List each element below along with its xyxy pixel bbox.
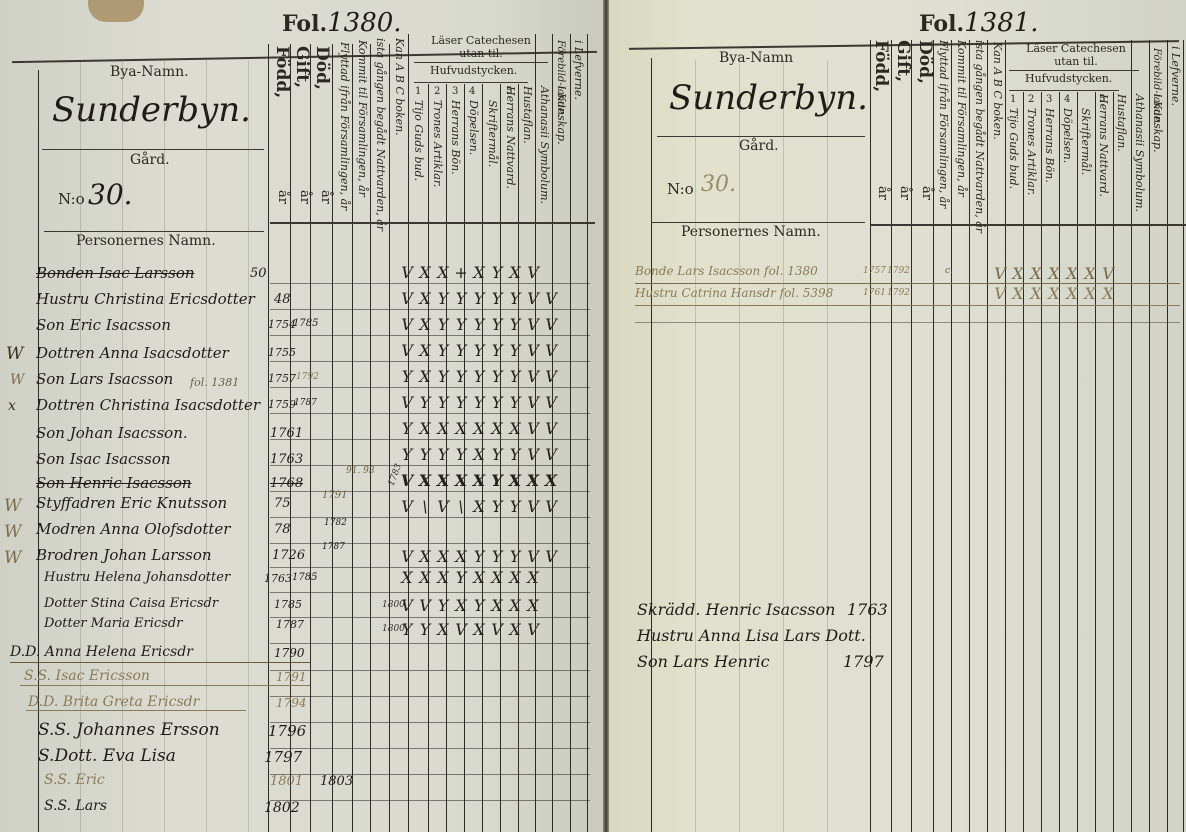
mark: Y — [416, 620, 434, 639]
death-year: 1803 — [320, 774, 353, 789]
strike-line — [10, 662, 310, 663]
mark: X — [470, 497, 488, 516]
faint-rule — [248, 60, 249, 832]
mark: V — [398, 471, 416, 490]
grid-line — [1095, 92, 1096, 832]
mark: Y — [488, 315, 506, 334]
catechism-marks-row: VXXXYYYVV — [398, 547, 560, 566]
person-name: D.D. Brita Greta Ericsdr — [28, 694, 199, 710]
mark: V — [524, 341, 542, 360]
mark: Y — [452, 289, 470, 308]
mark: V — [542, 419, 560, 438]
annotation: 91. 93 — [346, 466, 375, 476]
part-number: 3 — [1046, 94, 1052, 105]
grid-row-line — [270, 800, 590, 801]
year-unit: år — [897, 186, 912, 200]
catechism-header: Läser Catechesen utan til. — [1017, 42, 1135, 68]
col-part-2: Trones Artiklar. — [1025, 108, 1038, 195]
mark: X — [506, 620, 524, 639]
mark: Y — [470, 289, 488, 308]
mark: V — [398, 315, 416, 334]
part-number: 4 — [469, 86, 475, 97]
grid-line — [933, 40, 934, 832]
mark: X — [1009, 264, 1027, 283]
mark: X — [470, 263, 488, 282]
mark: V — [398, 547, 416, 566]
persons-label: Personernes Namn. — [76, 233, 216, 249]
mark: Y — [488, 497, 506, 516]
strike-line — [20, 685, 310, 686]
faint-rule — [695, 60, 696, 832]
part-number: 1 — [1010, 94, 1016, 105]
birth-year: 1763 — [264, 572, 292, 585]
person-name: Son Lars Henric — [637, 652, 770, 671]
col-abc-book: Kan A B C boken. — [393, 38, 406, 136]
mark: X — [434, 547, 452, 566]
mark: V — [398, 393, 416, 412]
mark: V — [542, 289, 560, 308]
names-right-border — [870, 40, 871, 832]
margin-mark: x — [8, 398, 16, 414]
person-name: Brodren Johan Larsson — [36, 546, 212, 564]
grid-line — [1077, 92, 1078, 832]
marriage-year: 1792 — [296, 372, 319, 382]
mark: V — [524, 445, 542, 464]
mark: X — [524, 471, 542, 490]
mark: V — [488, 620, 506, 639]
divider — [414, 82, 528, 83]
mark: \ — [416, 497, 434, 516]
part-number: 2 — [434, 86, 440, 97]
marriage-year: 1787 — [294, 398, 317, 408]
divider — [651, 222, 865, 223]
col-part-3: Herrans Bön. — [449, 100, 462, 175]
col-moved-from: Flyttad ifrån Församlingen, år — [937, 40, 950, 208]
year-unit: år — [275, 190, 290, 204]
mark: Y — [488, 289, 506, 308]
person-name: Dottren Anna Isacsdotter — [36, 344, 229, 362]
mark: V — [524, 393, 542, 412]
person-name: Dottren Christina Isacsdotter — [36, 396, 260, 414]
birth-year: 1763 — [847, 600, 888, 619]
mark: V — [398, 497, 416, 516]
mark: X — [1099, 284, 1117, 303]
person-name: Styffadren Eric Knutsson — [36, 494, 227, 512]
divider — [44, 231, 264, 232]
grid-line — [891, 40, 892, 832]
grid-row-line — [270, 517, 590, 518]
mark: Y — [506, 497, 524, 516]
birth-year: 1761 — [863, 288, 886, 298]
margin-mark: W — [4, 522, 21, 542]
mark: Y — [416, 393, 434, 412]
year-unit: år — [919, 186, 934, 200]
divider — [414, 62, 548, 63]
person-name: Dotter Stina Caisa Ericsdr — [44, 596, 218, 611]
annotation: c. — [945, 266, 953, 276]
mark — [542, 596, 560, 615]
mark: Y — [398, 445, 416, 464]
mark: V — [524, 367, 542, 386]
mark: V — [398, 289, 416, 308]
grid-line — [1005, 40, 1006, 832]
mark: V — [524, 263, 542, 282]
faint-rule — [206, 60, 207, 832]
mark: Y — [470, 547, 488, 566]
birth-year: 1785 — [274, 598, 302, 611]
mark: X — [1045, 284, 1063, 303]
person-name: Son Henric Isacsson — [36, 474, 192, 492]
grid-row-line — [270, 335, 590, 336]
mark: X — [524, 568, 542, 587]
col-confession: Skriftermål. — [1079, 108, 1092, 175]
mark: X — [434, 471, 452, 490]
person-name: Hustru Anna Lisa Lars Dott. — [637, 626, 866, 645]
year-unit: år — [875, 186, 890, 200]
mark: X — [1081, 284, 1099, 303]
grid-line — [332, 44, 333, 832]
grid-line — [969, 40, 970, 832]
mark: Y — [452, 367, 470, 386]
col-first-communion: ista gången begådt Nattvarden, år — [374, 38, 387, 231]
farm-number: 30. — [88, 178, 133, 211]
grid-row-line — [270, 543, 590, 544]
mark: Y — [434, 315, 452, 334]
mark: X — [542, 471, 560, 490]
grid-line — [911, 40, 912, 832]
person-name: S.S. Lars — [44, 798, 107, 814]
mark: X — [1045, 264, 1063, 283]
mark: X — [452, 547, 470, 566]
grid-line — [310, 44, 311, 832]
catechism-header: Läser Catechesen utan til. — [422, 34, 540, 60]
mark: X — [506, 568, 524, 587]
catechism-marks-row: YYYYXYYVV — [398, 445, 560, 464]
mark: V — [991, 284, 1009, 303]
grid-row-line — [270, 387, 590, 388]
col-married: Gift, — [292, 46, 312, 88]
mark: X — [1027, 284, 1045, 303]
mark: Y — [506, 289, 524, 308]
mark: V — [542, 393, 560, 412]
person-name: S.S. Isac Ericsson — [24, 668, 150, 684]
marriage-year: 1785 — [293, 318, 318, 329]
open-register-book: Fol.1380. Bya-Namn. Sunderbyn. Gård. N:o… — [0, 0, 1186, 832]
birth-year: 1757 — [863, 266, 886, 276]
col-first-communion: ista gången begådt Nattvarden, år — [973, 40, 986, 233]
names-right-border — [268, 44, 269, 832]
part-number: 4 — [1064, 94, 1070, 105]
col-died: Död, — [312, 46, 332, 90]
birth-year: 1763 — [270, 452, 303, 467]
person-name: S.S. Johannes Ersson — [38, 720, 220, 740]
mark: X — [434, 568, 452, 587]
grid-row-line — [270, 617, 590, 618]
mark: X — [434, 620, 452, 639]
mark: X — [416, 367, 434, 386]
mark: Y — [434, 367, 452, 386]
persons-label: Personernes Namn. — [681, 224, 821, 240]
catechism-marks-row: VXX+XYXV — [398, 263, 560, 282]
mark: Y — [470, 367, 488, 386]
mark: V — [398, 341, 416, 360]
mark: X — [1063, 264, 1081, 283]
birth-year: 1754 — [268, 318, 296, 331]
col-in-life: i Lefverne. — [1169, 46, 1182, 106]
grid-row-line — [270, 439, 590, 440]
mark: Y — [506, 547, 524, 566]
faint-rule — [80, 60, 81, 832]
grid-line — [370, 44, 371, 832]
birth-year: 48 — [274, 292, 291, 307]
entry-underline — [635, 305, 1180, 306]
mark: Y — [470, 393, 488, 412]
catechism-marks-row: VVYXYXXX — [398, 596, 560, 615]
faint-rule — [739, 60, 740, 832]
person-name: Dotter Maria Ericsdr — [44, 616, 182, 631]
catechism-marks-row: YYXVXVXV — [398, 620, 560, 639]
folio-reference: fol. 1381 — [190, 376, 239, 389]
mark: Y — [488, 445, 506, 464]
mark: Y — [506, 445, 524, 464]
catechism-marks-row: VXXXXXX — [991, 284, 1117, 303]
person-name: Bonde Lars Isacsson fol. 1380 — [635, 264, 818, 278]
mark: Y — [434, 596, 452, 615]
header-bottom-rule — [871, 224, 1186, 226]
birth-year: 1755 — [268, 346, 296, 359]
mark: Y — [434, 393, 452, 412]
col-part-3: Herrans Bön. — [1043, 108, 1056, 183]
mark: X — [416, 471, 434, 490]
mark: Y — [434, 445, 452, 464]
marriage-year: 1785 — [292, 572, 317, 583]
mark: X — [398, 568, 416, 587]
mark: X — [470, 445, 488, 464]
mark: V — [542, 497, 560, 516]
mark: V — [524, 315, 542, 334]
mark: V — [1099, 264, 1117, 283]
mark: Y — [506, 341, 524, 360]
mark: V — [542, 341, 560, 360]
col-part-5: Herrans Nattvard. — [1097, 94, 1110, 197]
catechism-marks-row: VXYYYYYVV — [398, 315, 560, 334]
person-name: Bonden Isac Larsson — [36, 264, 195, 282]
mark: Y — [452, 393, 470, 412]
person-name: D.D. Anna Helena Ericsdr — [10, 644, 193, 660]
grid-row-line — [270, 643, 590, 644]
birth-year: 75 — [274, 496, 291, 511]
mark: X — [488, 568, 506, 587]
mark: X — [452, 419, 470, 438]
catechism-marks-row: VYYYYYYVV — [398, 393, 560, 412]
faint-rule — [164, 60, 165, 832]
mark: X — [506, 263, 524, 282]
birth-year: 1791 — [276, 670, 307, 684]
col-part-4: Döpelsen. — [1061, 108, 1074, 163]
mark — [542, 568, 560, 587]
grid-row-line — [270, 592, 590, 593]
person-name: S.S. Eric — [44, 772, 105, 788]
mark: X — [506, 419, 524, 438]
mark: X — [452, 471, 470, 490]
grid-line — [1113, 92, 1114, 832]
grid-line — [352, 44, 353, 832]
mark: X — [416, 263, 434, 282]
mark: Y — [506, 393, 524, 412]
mark: X — [416, 289, 434, 308]
grid-line — [570, 34, 571, 832]
faint-rule — [122, 60, 123, 832]
catechism-marks-row: VXYYYYYVV — [398, 289, 560, 308]
birth-year: 1787 — [276, 618, 304, 631]
mark: X — [488, 596, 506, 615]
left-page: Fol.1380. Bya-Namn. Sunderbyn. Gård. N:o… — [0, 0, 605, 832]
birth-year: 1802 — [264, 800, 300, 816]
catechism-marks-row: VXXXXYXXX — [398, 471, 560, 490]
grid-row-line — [270, 670, 590, 671]
birth-year: 1768 — [270, 476, 303, 491]
part-number: 2 — [1028, 94, 1034, 105]
person-name: S.Dott. Eva Lisa — [38, 746, 176, 766]
annotation: 1787 — [322, 542, 345, 552]
mark: V — [542, 445, 560, 464]
mark: Y — [452, 445, 470, 464]
birth-year: 1797 — [264, 748, 302, 766]
margin-mark: W — [4, 548, 21, 568]
mark: V — [398, 263, 416, 282]
mark: V — [434, 497, 452, 516]
grid-line — [587, 34, 588, 832]
mark: X — [524, 596, 542, 615]
grid-line — [987, 40, 988, 832]
col-part-4: Döpelsen. — [467, 100, 480, 155]
col-moved-to: Kommit til Församlingen, år — [955, 40, 968, 197]
col-household-table: Hustaflan. — [1115, 94, 1128, 152]
mark: X — [488, 419, 506, 438]
annotation: 1782 — [324, 518, 347, 528]
col-part-1: Tijo Guds bud. — [412, 100, 425, 181]
grid-line — [1059, 92, 1060, 832]
folio-number-right: Fol.1381. — [919, 8, 1039, 38]
birth-year: 1797 — [843, 652, 884, 671]
mark: Y — [434, 341, 452, 360]
mark: Y — [398, 367, 416, 386]
mark: Y — [470, 596, 488, 615]
mark: V — [416, 596, 434, 615]
year-unit: år — [318, 190, 333, 204]
grid-line — [1041, 92, 1042, 832]
grid-row-line — [270, 361, 590, 362]
mark: X — [470, 568, 488, 587]
birth-year: 1726 — [272, 548, 305, 563]
mark: Y — [434, 289, 452, 308]
divider — [1009, 70, 1139, 71]
col-in-life: i Lefverne. — [572, 40, 585, 100]
mark: X — [416, 341, 434, 360]
birth-year: 1790 — [274, 646, 305, 660]
folio-number-left: Fol.1380. — [282, 8, 402, 38]
col-household-table: Hustaflan. — [521, 86, 534, 144]
mark: Y — [488, 367, 506, 386]
part-number: 3 — [452, 86, 458, 97]
margin-mark: W — [10, 372, 24, 388]
grid-row-line — [270, 696, 590, 697]
birth-year: 50 — [250, 266, 267, 281]
book-gutter — [603, 0, 609, 832]
mark: V — [452, 620, 470, 639]
strike-line — [26, 710, 246, 711]
names-left-border — [651, 58, 652, 832]
entry-underline — [635, 322, 1180, 323]
mark: Y — [506, 315, 524, 334]
mark: Y — [506, 367, 524, 386]
main-parts-header: Hufvudstycken. — [1025, 72, 1112, 85]
mark: V — [398, 596, 416, 615]
col-married: Gift, — [893, 40, 913, 82]
mark: + — [452, 263, 470, 282]
birth-year: 78 — [274, 522, 291, 537]
marriage-year: 1792 — [887, 288, 910, 298]
grid-line — [1183, 40, 1184, 832]
person-name: Hustru Christina Ericsdotter — [36, 290, 255, 308]
mark: V — [524, 289, 542, 308]
marriage-year: 1792 — [887, 266, 910, 276]
col-born: Född, — [871, 40, 891, 92]
mark: X — [1063, 284, 1081, 303]
col-athanasian: Athanasii Symbolum. — [1133, 94, 1146, 212]
mark: Y — [398, 419, 416, 438]
header-bottom-rule — [270, 222, 595, 224]
birth-year: 1757 — [268, 372, 296, 385]
mark: Y — [470, 315, 488, 334]
grid-row-line — [270, 283, 590, 284]
catechism-marks-row: VXYYYYYVV — [398, 341, 560, 360]
person-name: Skrädd. Henric Isacsson — [637, 600, 835, 619]
faint-rule — [827, 60, 828, 832]
mark: X — [416, 315, 434, 334]
main-parts-header: Hufvudstycken. — [430, 64, 517, 77]
grid-row-line — [270, 413, 590, 414]
divider — [657, 136, 865, 137]
catechism-marks-row: VXXXXXV — [991, 264, 1117, 283]
grid-line — [951, 40, 952, 832]
mark: V — [991, 264, 1009, 283]
mark: Y — [488, 471, 506, 490]
col-behaviour: Förebild-lande. — [555, 40, 566, 117]
mark: X — [470, 419, 488, 438]
divider — [1009, 90, 1119, 91]
mark: Y — [452, 315, 470, 334]
village-name: Sunderbyn. — [669, 78, 868, 118]
grid-row-line — [270, 748, 590, 749]
mark: Y — [452, 568, 470, 587]
bookmark-tab — [88, 0, 144, 22]
col-part-2: Trones Artiklar. — [431, 100, 444, 187]
catechism-marks-row: XXXYXXXX — [398, 568, 560, 587]
person-name: Hustru Helena Johansdotter — [44, 570, 230, 585]
mark — [542, 263, 560, 282]
grid-row-line — [270, 722, 590, 723]
mark: Y — [416, 445, 434, 464]
person-name: Son Isac Isacsson — [36, 450, 171, 468]
col-born: Född, — [272, 46, 292, 98]
grid-row-line — [270, 491, 590, 492]
birth-year: 1796 — [268, 722, 306, 740]
mark: X — [452, 596, 470, 615]
mark: Y — [470, 341, 488, 360]
birth-year: 1801 — [270, 774, 303, 789]
mark: X — [506, 596, 524, 615]
